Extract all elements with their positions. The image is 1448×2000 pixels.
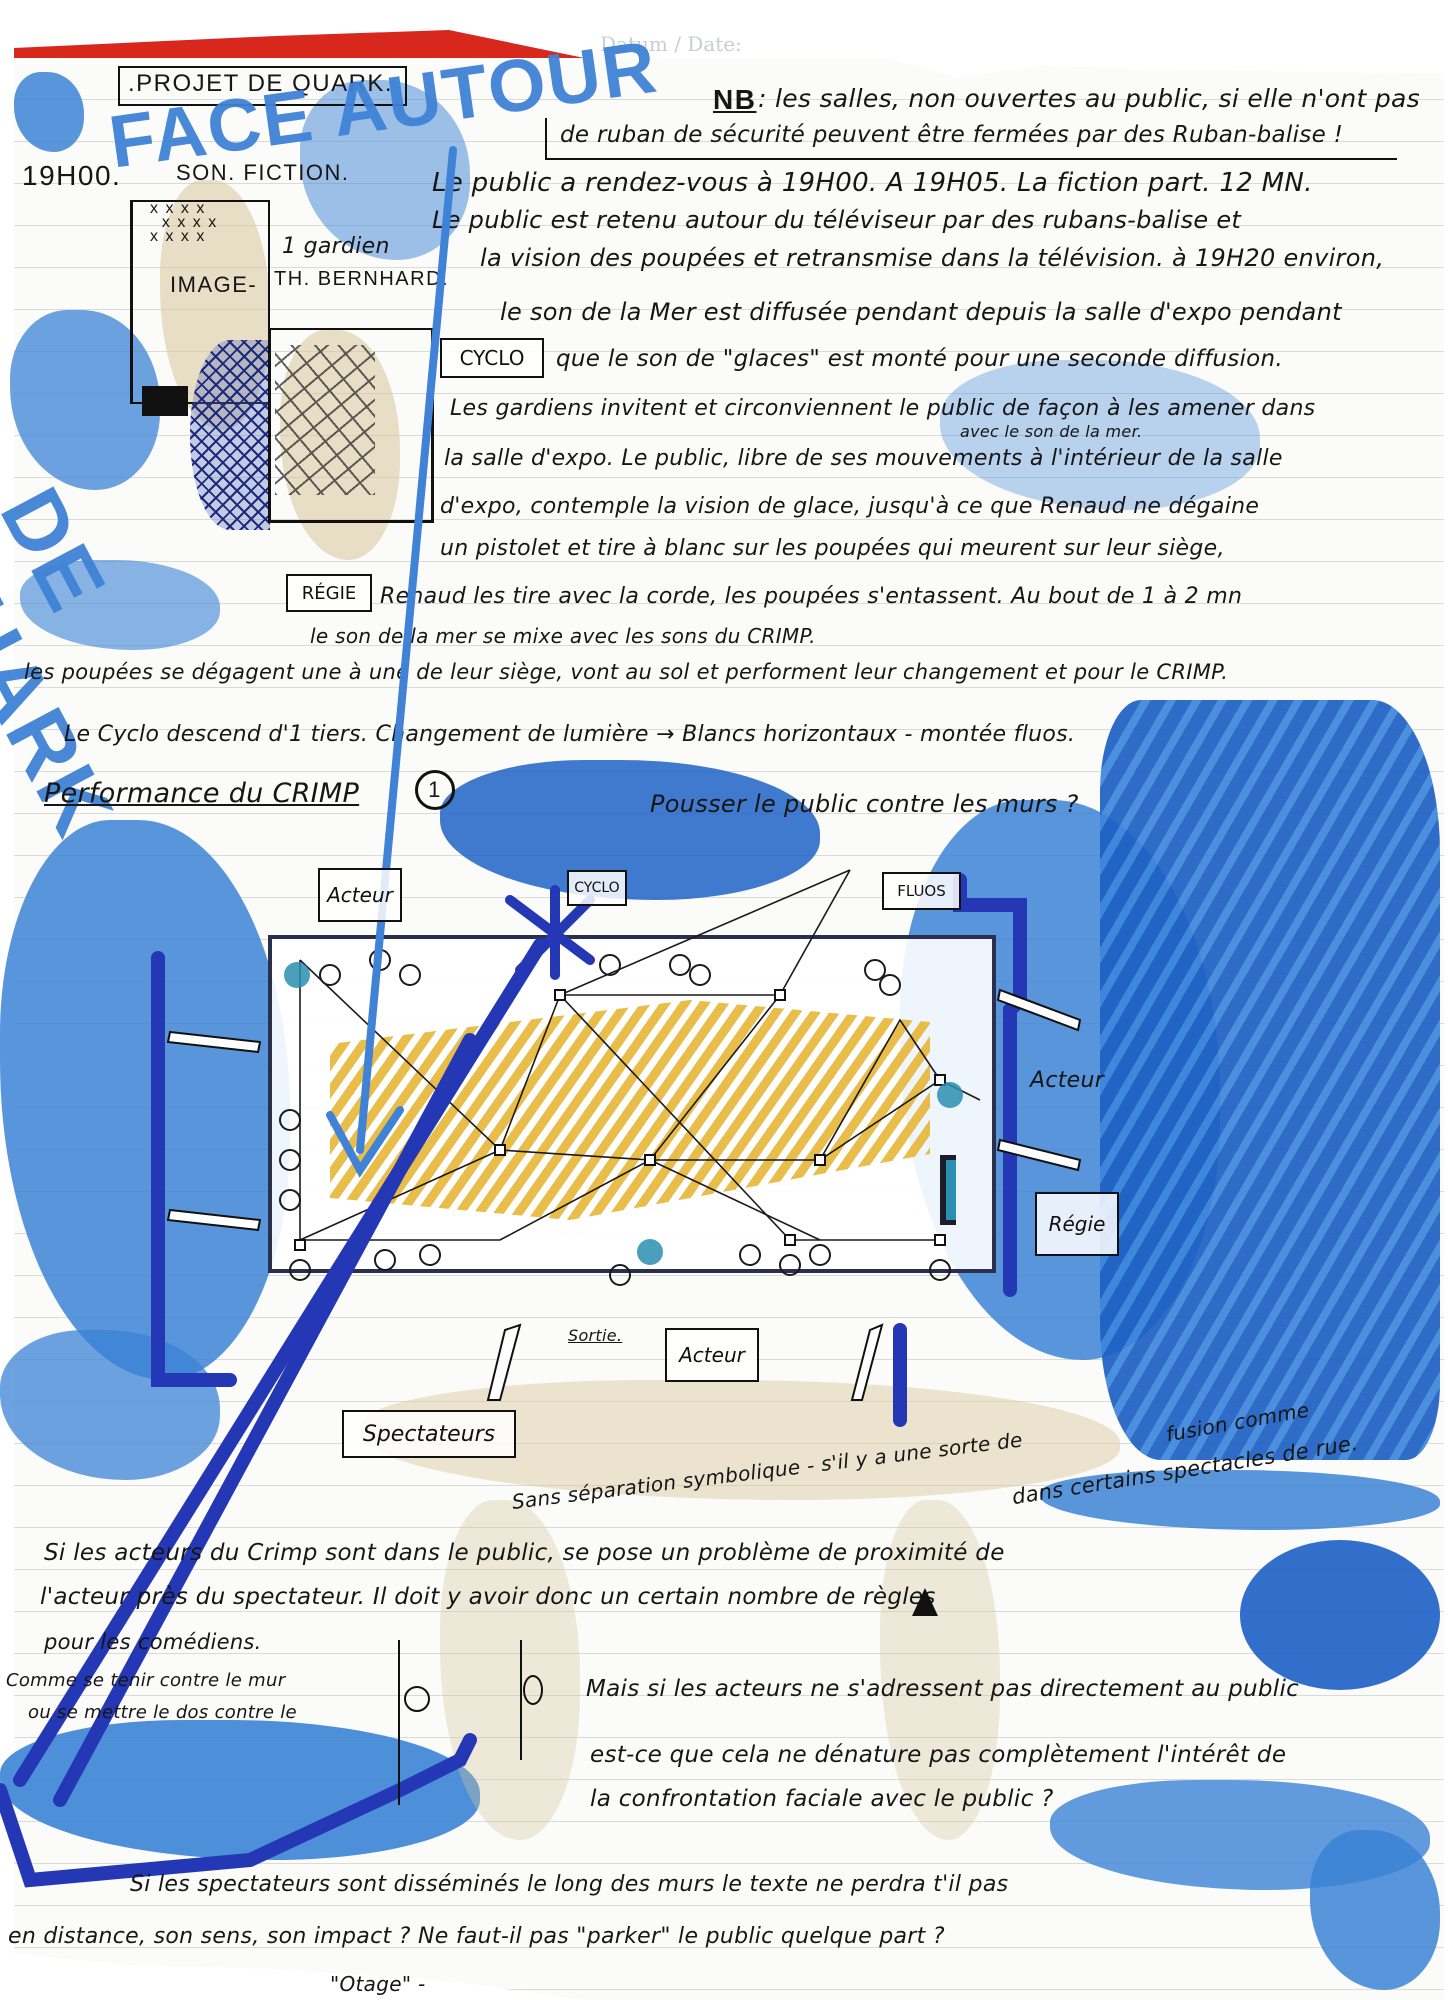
actor-label-right: Acteur (1030, 1068, 1104, 1093)
actor-figure-icon (404, 1686, 430, 1712)
note-line: en distance, son sens, son impact ? Ne f… (8, 1924, 945, 1949)
note-line: la confrontation faciale avec le public … (590, 1786, 1054, 1812)
actor-label-top: Acteur (318, 868, 402, 922)
note-left: ou se mettre le dos contre le (28, 1702, 297, 1723)
note-left: Comme se tenir contre le mur (6, 1670, 285, 1691)
actor-label-bottom: Acteur (665, 1328, 759, 1382)
note-line: l'acteur près du spectateur. Il doit y a… (40, 1584, 936, 1610)
regie-label: Régie (1035, 1192, 1119, 1256)
note-line: Si les spectateurs sont disséminés le lo… (130, 1872, 1008, 1897)
cyclo-label: CYCLO (567, 870, 627, 906)
divider (398, 1640, 400, 1805)
note-line: Si les acteurs du Crimp sont dans le pub… (44, 1540, 1005, 1566)
triangle-mark (912, 1588, 938, 1616)
note-line: "Otage" - (330, 1972, 426, 1996)
exit-label: Sortie. (568, 1326, 622, 1345)
fluos-label: FLUOS (882, 872, 961, 910)
note-line: Mais si les acteurs ne s'adressent pas d… (586, 1676, 1299, 1702)
spectators-label: Spectateurs (342, 1410, 516, 1458)
note-line: est-ce que cela ne dénature pas complète… (590, 1742, 1286, 1768)
divider (520, 1640, 522, 1760)
actor-figure-icon (523, 1675, 543, 1705)
note-line: pour les comédiens. (44, 1630, 262, 1654)
